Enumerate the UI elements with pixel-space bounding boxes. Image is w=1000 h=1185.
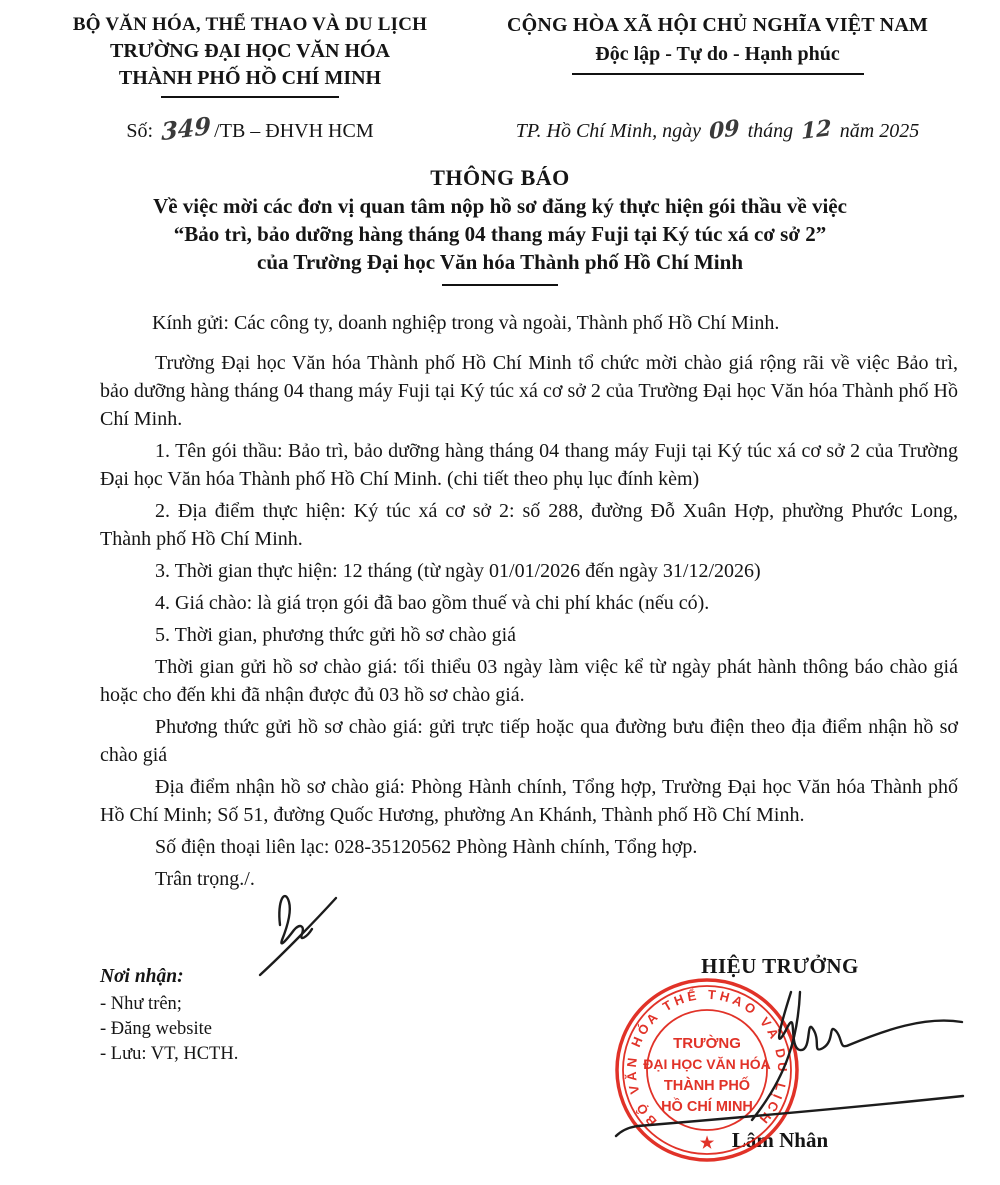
paragraph-address: Địa điểm nhận hồ sơ chào giá: Phòng Hành… xyxy=(100,773,958,829)
recipients-block: Nơi nhận: - Như trên; - Đăng website - L… xyxy=(100,966,238,1067)
official-stamp: BỘ VĂN HÓA THỂ THAO VÀ DU LỊCH ★ TRƯỜNG … xyxy=(612,975,802,1165)
university-name-line2: THÀNH PHỐ HỒ CHÍ MINH xyxy=(35,67,465,90)
handwritten-document-number: 349 xyxy=(158,126,214,133)
recipient-item: - Lưu: VT, HCTH. xyxy=(100,1042,238,1067)
stamp-star-icon: ★ xyxy=(700,1135,715,1152)
number-prefix: Số: xyxy=(126,120,153,142)
signature-loops xyxy=(779,992,962,1050)
signature-ink xyxy=(150,880,1000,1185)
document-body: Trường Đại học Văn hóa Thành phố Hồ Chí … xyxy=(100,349,958,893)
document-page: BỘ VĂN HÓA, THỂ THAO VÀ DU LỊCH TRƯỜNG Đ… xyxy=(0,0,1000,1185)
document-number: Số: 349/TB – ĐHVH HCM xyxy=(35,120,465,143)
stamp-center-line2: ĐẠI HỌC VĂN HÓA xyxy=(643,1055,771,1072)
number-date-row: Số: 349/TB – ĐHVH HCM TP. Hồ Chí Minh, n… xyxy=(0,120,1000,143)
national-motto: Độc lập - Tự do - Hạnh phúc xyxy=(465,43,970,66)
paragraph-item-1: 1. Tên gói thầu: Bảo trì, bảo dưỡng hàng… xyxy=(100,437,958,493)
issuing-org-block: BỘ VĂN HÓA, THỂ THAO VÀ DU LỊCH TRƯỜNG Đ… xyxy=(35,14,465,98)
paragraph-closing: Trân trọng./. xyxy=(100,865,958,893)
paragraph-item-5: 5. Thời gian, phương thức gửi hồ sơ chào… xyxy=(100,621,958,649)
date-month-label: tháng xyxy=(748,120,794,142)
document-subtitle-line1: Về việc mời các đơn vị quan tâm nộp hồ s… xyxy=(0,194,1000,219)
stamp-center-line1: TRƯỜNG xyxy=(673,1034,741,1052)
date-prefix: TP. Hồ Chí Minh, ngày xyxy=(516,120,701,142)
national-title: CỘNG HÒA XÃ HỘI CHỦ NGHĨA VIỆT NAM xyxy=(465,14,970,37)
document-header: BỘ VĂN HÓA, THỂ THAO VÀ DU LỊCH TRƯỜNG Đ… xyxy=(0,0,1000,98)
paragraph-method: Phương thức gửi hồ sơ chào giá: gửi trực… xyxy=(100,713,958,769)
motto-underline xyxy=(572,73,864,75)
handwritten-day: 09 xyxy=(706,128,742,132)
document-subtitle-line3: của Trường Đại học Văn hóa Thành phố Hồ … xyxy=(0,250,1000,275)
greeting-line: Kính gửi: Các công ty, doanh nghiệp tron… xyxy=(152,312,958,335)
document-title: THÔNG BÁO xyxy=(0,165,1000,191)
recipient-item: - Như trên; xyxy=(100,992,238,1017)
stamp-center-line3: THÀNH PHỐ xyxy=(664,1076,750,1094)
paragraph-item-2: 2. Địa điểm thực hiện: Ký túc xá cơ sở 2… xyxy=(100,497,958,553)
paragraph-item-3: 3. Thời gian thực hiện: 12 tháng (từ ngà… xyxy=(100,557,958,585)
paraph-squiggle xyxy=(279,896,312,943)
national-header-block: CỘNG HÒA XÃ HỘI CHỦ NGHĨA VIỆT NAM Độc l… xyxy=(465,14,970,98)
paragraph-item-4: 4. Giá chào: là giá trọn gói đã bao gồm … xyxy=(100,589,958,617)
ministry-name: BỘ VĂN HÓA, THỂ THAO VÀ DU LỊCH xyxy=(35,14,465,36)
number-suffix: /TB – ĐHVH HCM xyxy=(214,120,373,142)
paragraph-intro: Trường Đại học Văn hóa Thành phố Hồ Chí … xyxy=(100,349,958,433)
org-underline xyxy=(161,96,339,98)
stamp-center-line4: HỒ CHÍ MINH xyxy=(661,1097,753,1115)
university-name-line1: TRƯỜNG ĐẠI HỌC VĂN HÓA xyxy=(35,40,465,63)
handwritten-month: 12 xyxy=(798,128,834,132)
recipients-heading: Nơi nhận: xyxy=(100,966,238,988)
title-divider xyxy=(442,284,558,286)
date-year: năm 2025 xyxy=(840,120,919,142)
issue-date: TP. Hồ Chí Minh, ngày 09 tháng 12 năm 20… xyxy=(465,120,970,143)
paragraph-phone: Số điện thoại liên lạc: 028-35120562 Phò… xyxy=(100,833,958,861)
title-block: THÔNG BÁO Về việc mời các đơn vị quan tâ… xyxy=(0,165,1000,286)
paraph-slash xyxy=(260,898,336,975)
recipient-item: - Đăng website xyxy=(100,1017,238,1042)
document-subtitle-line2: “Bảo trì, bảo dưỡng hàng tháng 04 thang … xyxy=(0,222,1000,247)
paragraph-time: Thời gian gửi hồ sơ chào giá: tối thiểu … xyxy=(100,653,958,709)
